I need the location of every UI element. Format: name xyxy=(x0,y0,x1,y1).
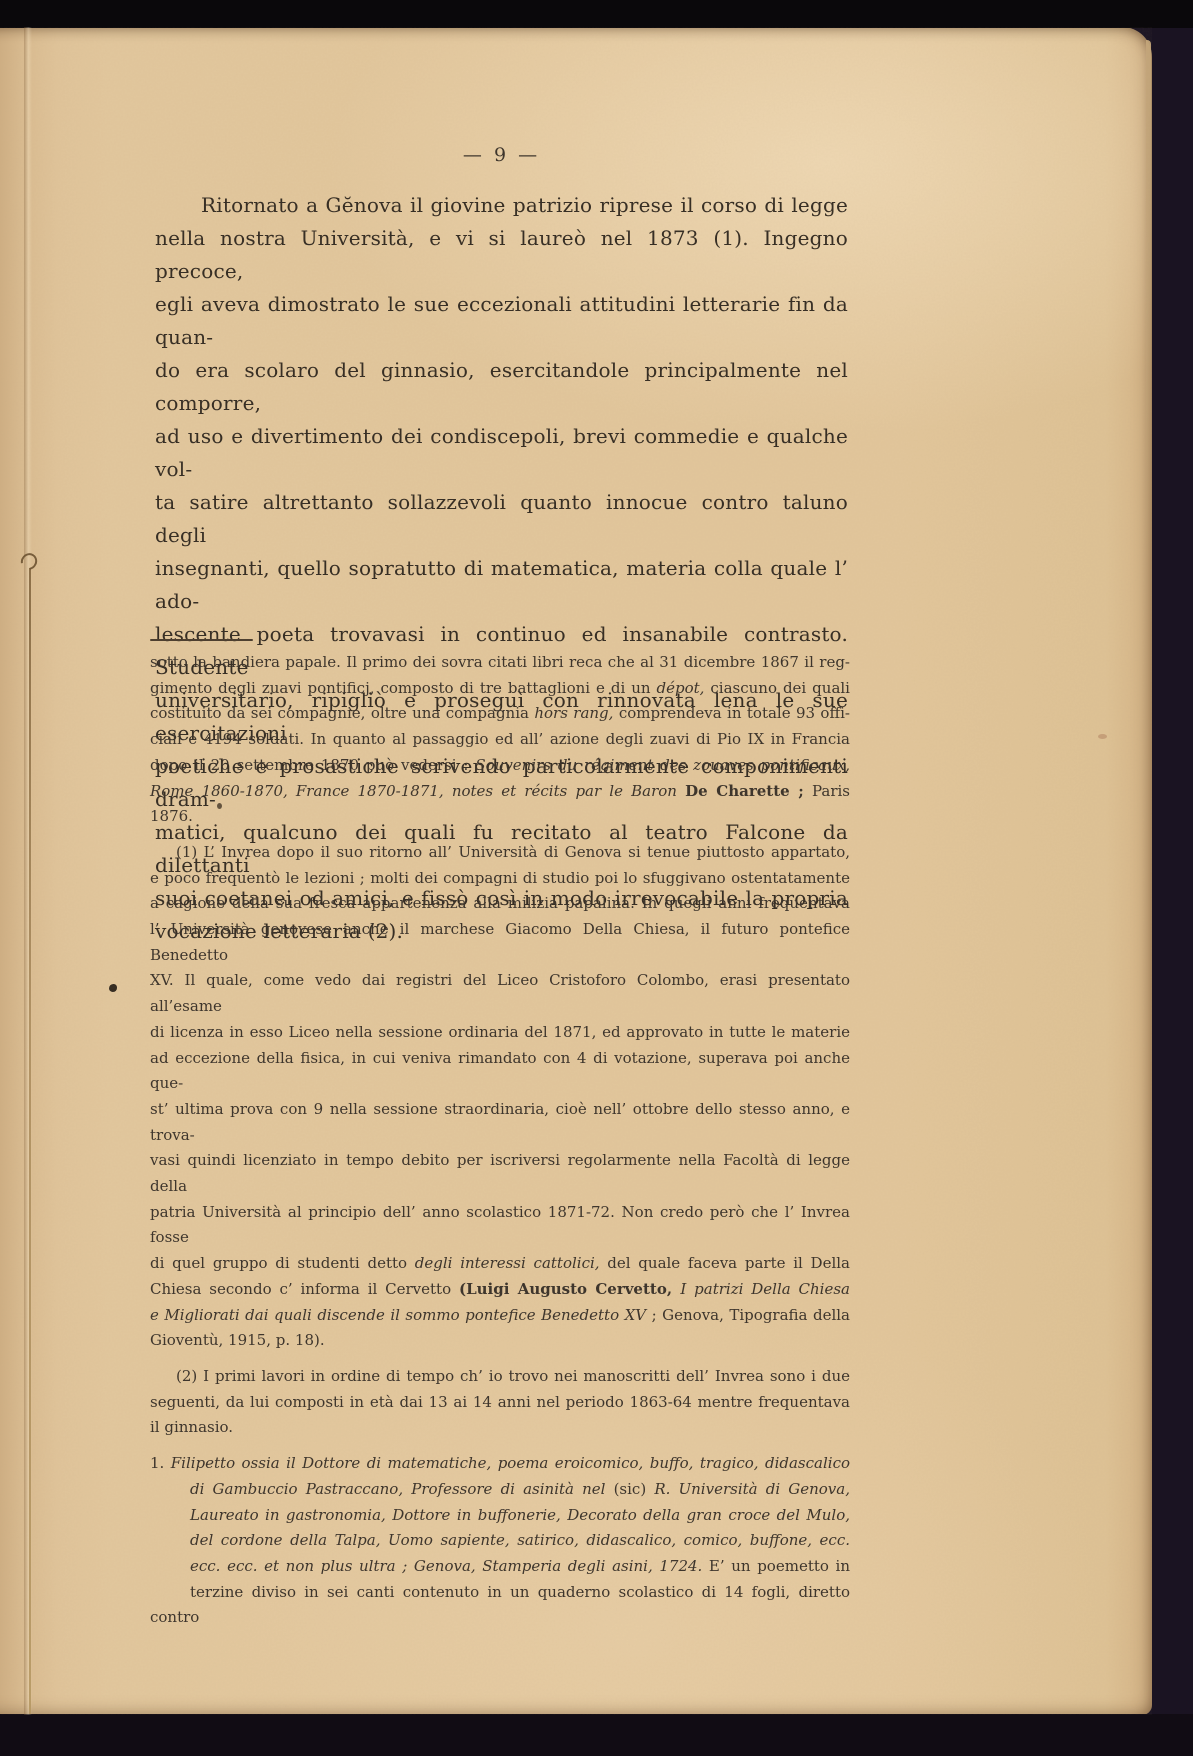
footnote-1: (1) L’ Invrea dopo il suo ritorno all’ U… xyxy=(150,840,850,1354)
page-stack-edge xyxy=(1146,40,1151,560)
footnote-separator xyxy=(150,639,253,641)
page-number: — 9 — xyxy=(155,144,848,166)
ink-spot xyxy=(109,984,117,992)
paper-fleck xyxy=(1098,734,1107,739)
footnote-list-item-1: 1. Filipetto ossia il Dottore di matemat… xyxy=(150,1451,850,1631)
photo-background: { "page": { "number": "— 9 —" }, "main_p… xyxy=(0,0,1193,1756)
bottom-shadow-band xyxy=(0,1714,1193,1756)
footnotes-section: sotto la bandiera papale. Il primo dei s… xyxy=(150,650,850,1641)
binding-thread xyxy=(29,568,31,1714)
top-shadow-band xyxy=(0,0,1193,28)
footnote-2: (2) I primi lavori in ordine di tempo ch… xyxy=(150,1364,850,1441)
footnote-continuation: sotto la bandiera papale. Il primo dei s… xyxy=(150,650,850,830)
